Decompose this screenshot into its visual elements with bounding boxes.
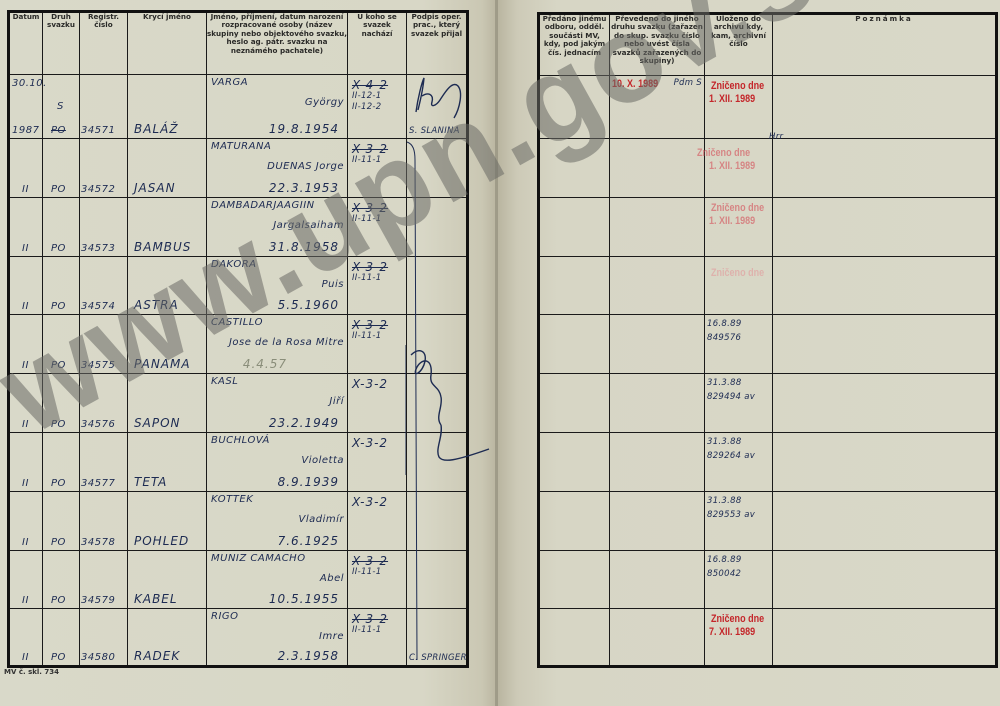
person-given-name: Imre bbox=[319, 631, 344, 642]
cell-converted: 10. X. 1989 Pdm S bbox=[610, 76, 705, 139]
cell-date: II bbox=[9, 433, 43, 492]
cell-reg-number: 34579 bbox=[80, 551, 128, 609]
cell-reg-number: 34580 bbox=[80, 609, 128, 667]
cell-reg-number: 34571 bbox=[80, 75, 128, 139]
person-birth-date: 8.9.1939 bbox=[278, 475, 339, 489]
destroyed-stamp-date: 1. XII. 1989 bbox=[709, 160, 755, 172]
person-birth-date: 23.2.1949 bbox=[269, 416, 339, 430]
cell-converted bbox=[610, 198, 705, 257]
cell-archived: Zničeno dne1. XII. 1989 bbox=[705, 76, 773, 139]
signature-name: S. SLANINA bbox=[409, 126, 460, 136]
cell-cover-name: JASAN bbox=[128, 139, 207, 198]
ledger-row: Zničeno dne bbox=[539, 257, 997, 315]
cell-note bbox=[773, 257, 997, 315]
reg-number: 34580 bbox=[81, 652, 115, 663]
cell-reg-number: 34575 bbox=[80, 315, 128, 374]
cell-cover-name: TETA bbox=[128, 433, 207, 492]
cover-name: SAPON bbox=[134, 416, 180, 430]
signature-name: C. SPRINGER bbox=[409, 653, 467, 663]
ledger-row: II PO 34575 PANAMA CASTILLO Jose de la R… bbox=[9, 315, 468, 374]
cell-date: II bbox=[9, 492, 43, 551]
reg-number: 34574 bbox=[81, 301, 115, 312]
cell-person: KOTTEK Vladimír 7.6.1925 bbox=[207, 492, 348, 551]
archive-date: 16.8.89 bbox=[707, 555, 742, 565]
col-header-date: Datum bbox=[9, 12, 43, 75]
cell-date: II bbox=[9, 374, 43, 433]
reg-number: 34579 bbox=[81, 595, 115, 606]
location-code: II-12-2 bbox=[352, 102, 381, 112]
cell-archived: Zničeno dne bbox=[705, 257, 773, 315]
cell-file-type: PO bbox=[43, 609, 80, 667]
person-given-name: Jargalsaiham bbox=[273, 220, 344, 231]
cell-file-type: PO bbox=[43, 198, 80, 257]
person-given-name: Puis bbox=[322, 279, 344, 290]
file-type: PO bbox=[51, 595, 66, 606]
location-code: X-3-2 bbox=[352, 377, 388, 391]
ledger-row: 30.10. 1987 S PO 34571 BALÁŽ VARGA Györg… bbox=[9, 75, 468, 139]
cell-date: 30.10. 1987 bbox=[9, 75, 43, 139]
cell-handed-over bbox=[539, 551, 610, 609]
ledger-row: II PO 34579 KABEL MUNIZ CAMACHO Abel 10.… bbox=[9, 551, 468, 609]
cell-note bbox=[773, 315, 997, 374]
person-surname: VARGA bbox=[211, 77, 248, 88]
cell-archived: 16.8.89 849576 bbox=[705, 315, 773, 374]
cell-file-type: PO bbox=[43, 139, 80, 198]
cell-handed-over bbox=[539, 257, 610, 315]
col-header-archived: Uloženo do archivu kdy, kam, archivní čí… bbox=[705, 14, 773, 76]
ledger-row: 31.3.88 829264 av bbox=[539, 433, 997, 492]
cell-handed-over bbox=[539, 609, 610, 667]
cell-archived: 31.3.88 829494 av bbox=[705, 374, 773, 433]
person-given-name: Jose de la Rosa Mitre bbox=[229, 337, 344, 348]
cover-name: ASTRA bbox=[134, 298, 179, 312]
cell-converted bbox=[610, 609, 705, 667]
cell-note bbox=[773, 198, 997, 257]
ledger-row: II PO 34572 JASAN MATURANA DUENAS Jorge … bbox=[9, 139, 468, 198]
cell-archived: 31.3.88 829553 av bbox=[705, 492, 773, 551]
archive-number: 850042 bbox=[707, 569, 741, 579]
person-birth-date: 4.4.57 bbox=[243, 357, 287, 371]
date-year: II bbox=[22, 537, 29, 548]
cell-converted bbox=[610, 257, 705, 315]
cell-location: X-3-2II-11-1 bbox=[348, 551, 407, 609]
destroyed-stamp-date: 7. XII. 1989 bbox=[709, 626, 755, 638]
cell-date: II bbox=[9, 257, 43, 315]
col-header-note: Poznámka bbox=[773, 14, 997, 76]
cell-person: MATURANA DUENAS Jorge 22.3.1953 bbox=[207, 139, 348, 198]
location-code: II-11-1 bbox=[352, 625, 381, 635]
ledger-row: II PO 34574 ASTRA DAKORA Puis 5.5.1960 X… bbox=[9, 257, 468, 315]
archive-number: 829494 av bbox=[707, 392, 755, 402]
cover-name: BAMBUS bbox=[134, 240, 191, 254]
cell-signature: C. SPRINGER bbox=[407, 609, 468, 667]
date-year: II bbox=[22, 301, 29, 312]
cell-file-type: PO bbox=[43, 551, 80, 609]
ledger-row: 16.8.89 850042 bbox=[539, 551, 997, 609]
destroyed-stamp: Zničeno dne bbox=[711, 202, 764, 214]
col-header-cover-name: Krycí jméno bbox=[128, 12, 207, 75]
cell-cover-name: KABEL bbox=[128, 551, 207, 609]
cell-date: II bbox=[9, 609, 43, 667]
cell-file-type: S PO bbox=[43, 75, 80, 139]
destroyed-stamp-date: 1. XII. 1989 bbox=[709, 215, 755, 227]
col-header-reg-number: Registr. číslo bbox=[80, 12, 128, 75]
cell-cover-name: ASTRA bbox=[128, 257, 207, 315]
destroyed-stamp: Zničeno dne bbox=[711, 80, 764, 92]
person-given-name: György bbox=[305, 97, 344, 108]
cell-reg-number: 34572 bbox=[80, 139, 128, 198]
cell-reg-number: 34576 bbox=[80, 374, 128, 433]
cell-signature bbox=[407, 315, 468, 374]
ledger-row: Zničeno dne7. XII. 1989 bbox=[539, 609, 997, 667]
cell-cover-name: BAMBUS bbox=[128, 198, 207, 257]
cell-date: II bbox=[9, 315, 43, 374]
ledger-row: 16.8.89 849576 bbox=[539, 315, 997, 374]
cell-file-type: PO bbox=[43, 433, 80, 492]
cell-note bbox=[773, 139, 997, 198]
form-code: MV č. skl. 734 bbox=[4, 668, 59, 676]
cell-location: X-3-2 bbox=[348, 374, 407, 433]
cell-reg-number: 34574 bbox=[80, 257, 128, 315]
cell-cover-name: RADEK bbox=[128, 609, 207, 667]
file-type: PO bbox=[51, 478, 66, 489]
file-type: PO bbox=[51, 125, 66, 136]
location-code: X-3-2 bbox=[352, 201, 388, 215]
ledger-row: 31.3.88 829553 av bbox=[539, 492, 997, 551]
ledger-row: Zničeno dne1. XII. 1989 bbox=[539, 198, 997, 257]
cell-person: VARGA György 19.8.1954 bbox=[207, 75, 348, 139]
file-type: PO bbox=[51, 360, 66, 371]
cell-person: MUNIZ CAMACHO Abel 10.5.1955 bbox=[207, 551, 348, 609]
cover-name: KABEL bbox=[134, 592, 178, 606]
cell-signature bbox=[407, 374, 468, 433]
location-code: X-4-2 bbox=[352, 78, 388, 92]
cell-cover-name: SAPON bbox=[128, 374, 207, 433]
cell-location: X-3-2II-11-1 bbox=[348, 315, 407, 374]
location-code: II-11-1 bbox=[352, 273, 381, 283]
cell-signature: S. SLANINA bbox=[407, 75, 468, 139]
cell-signature bbox=[407, 433, 468, 492]
file-type: PO bbox=[51, 301, 66, 312]
archive-number: 849576 bbox=[707, 333, 741, 343]
cell-signature bbox=[407, 198, 468, 257]
cell-converted bbox=[610, 551, 705, 609]
cell-reg-number: 34577 bbox=[80, 433, 128, 492]
person-surname: RIGO bbox=[211, 611, 239, 622]
cell-location: X-3-2II-11-1 bbox=[348, 139, 407, 198]
cell-note bbox=[773, 433, 997, 492]
ledger-row: II PO 34578 POHLED KOTTEK Vladimír 7.6.1… bbox=[9, 492, 468, 551]
cell-note: Hrr bbox=[773, 76, 997, 139]
reg-number: 34578 bbox=[81, 537, 115, 548]
cell-handed-over bbox=[539, 315, 610, 374]
destroyed-stamp: Zničeno dne bbox=[711, 613, 764, 625]
person-surname: BUCHLOVÁ bbox=[211, 435, 270, 446]
person-surname: MATURANA bbox=[211, 141, 271, 152]
cell-converted bbox=[610, 374, 705, 433]
cell-archived: Zničeno dne7. XII. 1989 bbox=[705, 609, 773, 667]
location-code: X-3-2 bbox=[352, 142, 388, 156]
book-gutter bbox=[495, 0, 498, 706]
cover-name: TETA bbox=[134, 475, 167, 489]
cell-archived: Zničeno dne1. XII. 1989 bbox=[705, 139, 773, 198]
location-code: II-11-1 bbox=[352, 155, 381, 165]
date-year: II bbox=[22, 652, 29, 663]
person-surname: DAKORA bbox=[211, 259, 257, 270]
cell-person: RIGO Imre 2.3.1958 bbox=[207, 609, 348, 667]
destroyed-stamp: Zničeno dne bbox=[711, 267, 764, 279]
file-type: PO bbox=[51, 184, 66, 195]
person-surname: KOTTEK bbox=[211, 494, 253, 505]
cell-file-type: PO bbox=[43, 257, 80, 315]
person-birth-date: 19.8.1954 bbox=[269, 122, 339, 136]
archive-date: 16.8.89 bbox=[707, 319, 742, 329]
person-birth-date: 31.8.1958 bbox=[269, 240, 339, 254]
person-given-name: Vladimír bbox=[298, 514, 344, 525]
person-birth-date: 22.3.1953 bbox=[269, 181, 339, 195]
file-type: PO bbox=[51, 652, 66, 663]
location-code: II-12-1 bbox=[352, 91, 381, 101]
ledger-row: Zničeno dne1. XII. 1989 bbox=[539, 139, 997, 198]
ledger-row: 31.3.88 829494 av bbox=[539, 374, 997, 433]
cover-name: RADEK bbox=[134, 649, 180, 663]
date-year: 1987 bbox=[12, 125, 39, 136]
person-birth-date: 10.5.1955 bbox=[269, 592, 339, 606]
reg-number: 34575 bbox=[81, 360, 115, 371]
col-header-person: Jméno, příjmení, datum narození rozpraco… bbox=[207, 12, 348, 75]
person-given-name: Violetta bbox=[301, 455, 344, 466]
cover-name: JASAN bbox=[134, 181, 176, 195]
cell-note bbox=[773, 492, 997, 551]
location-code: X-3-2 bbox=[352, 554, 388, 568]
ledger-row: 10. X. 1989 Pdm S Zničeno dne1. XII. 198… bbox=[539, 76, 997, 139]
date-year: II bbox=[22, 243, 29, 254]
cell-converted bbox=[610, 139, 705, 198]
cell-archived: 31.3.88 829264 av bbox=[705, 433, 773, 492]
person-birth-date: 5.5.1960 bbox=[278, 298, 339, 312]
cell-cover-name: POHLED bbox=[128, 492, 207, 551]
location-code: X-3-2 bbox=[352, 495, 388, 509]
right-ledger-table: Předáno jinému odboru, odděl. součásti M… bbox=[537, 12, 998, 668]
destroyed-stamp: Zničeno dne bbox=[697, 147, 750, 159]
cell-archived: Zničeno dne1. XII. 1989 bbox=[705, 198, 773, 257]
cell-signature bbox=[407, 551, 468, 609]
col-header-signature: Podpis oper. prac., který svazek přijal bbox=[407, 12, 468, 75]
person-given-name: Abel bbox=[320, 573, 344, 584]
file-type: PO bbox=[51, 243, 66, 254]
cell-signature bbox=[407, 492, 468, 551]
location-code: X-3-2 bbox=[352, 260, 388, 274]
cell-handed-over bbox=[539, 76, 610, 139]
cover-name: PANAMA bbox=[134, 357, 191, 371]
archive-date: 31.3.88 bbox=[707, 496, 742, 506]
cell-handed-over bbox=[539, 433, 610, 492]
reg-number: 34577 bbox=[81, 478, 115, 489]
reg-number: 34576 bbox=[81, 419, 115, 430]
cell-location: X-3-2II-11-1 bbox=[348, 609, 407, 667]
ledger-row: II PO 34580 RADEK RIGO Imre 2.3.1958 X-3… bbox=[9, 609, 468, 667]
col-header-handed-over: Předáno jinému odboru, odděl. součásti M… bbox=[539, 14, 610, 76]
col-header-converted: Převedeno do jiného druhu svazku (zařaze… bbox=[610, 14, 705, 76]
location-code: II-11-1 bbox=[352, 567, 381, 577]
cell-reg-number: 34573 bbox=[80, 198, 128, 257]
transfer-initials: Pdm S bbox=[674, 78, 702, 88]
person-given-name: Jiří bbox=[329, 396, 344, 407]
cell-signature bbox=[407, 139, 468, 198]
cell-file-type: PO bbox=[43, 492, 80, 551]
file-type: PO bbox=[51, 419, 66, 430]
person-given-name: DUENAS Jorge bbox=[267, 161, 344, 172]
cell-reg-number: 34578 bbox=[80, 492, 128, 551]
person-surname: DAMBADARJAAGIIN bbox=[211, 200, 315, 211]
cell-converted bbox=[610, 433, 705, 492]
location-code: X-3-2 bbox=[352, 612, 388, 626]
archive-date: 31.3.88 bbox=[707, 437, 742, 447]
cell-note bbox=[773, 551, 997, 609]
archive-number: 829553 av bbox=[707, 510, 755, 520]
cell-cover-name: BALÁŽ bbox=[128, 75, 207, 139]
cell-date: II bbox=[9, 198, 43, 257]
cell-location: X-3-2 bbox=[348, 492, 407, 551]
ledger-row: II PO 34573 BAMBUS DAMBADARJAAGIIN Jarga… bbox=[9, 198, 468, 257]
reg-number: 34572 bbox=[81, 184, 115, 195]
cell-location: X-3-2II-11-1 bbox=[348, 198, 407, 257]
file-type-prefix: S bbox=[57, 101, 64, 112]
reg-number: 34571 bbox=[81, 125, 115, 136]
archive-date: 31.3.88 bbox=[707, 378, 742, 388]
reg-number: 34573 bbox=[81, 243, 115, 254]
location-code: II-11-1 bbox=[352, 214, 381, 224]
cell-date: II bbox=[9, 551, 43, 609]
cell-file-type: PO bbox=[43, 315, 80, 374]
cell-location: X-4-2II-12-1II-12-2 bbox=[348, 75, 407, 139]
cell-handed-over bbox=[539, 139, 610, 198]
cell-converted bbox=[610, 315, 705, 374]
person-birth-date: 2.3.1958 bbox=[278, 649, 339, 663]
cell-handed-over bbox=[539, 492, 610, 551]
person-surname: KASL bbox=[211, 376, 238, 387]
cell-cover-name: PANAMA bbox=[128, 315, 207, 374]
transfer-date-stamp: 10. X. 1989 bbox=[612, 78, 658, 90]
date-year: II bbox=[22, 478, 29, 489]
location-code: X-3-2 bbox=[352, 318, 388, 332]
date-year: II bbox=[22, 595, 29, 606]
cell-signature bbox=[407, 257, 468, 315]
cell-date: II bbox=[9, 139, 43, 198]
cell-location: X-3-2II-11-1 bbox=[348, 257, 407, 315]
cell-person: CASTILLO Jose de la Rosa Mitre 4.4.57 bbox=[207, 315, 348, 374]
cell-note bbox=[773, 609, 997, 667]
left-ledger-table: Datum Druh svazku Registr. číslo Krycí j… bbox=[7, 10, 469, 668]
file-type: PO bbox=[51, 537, 66, 548]
ledger-row: II PO 34576 SAPON KASL Jiří 23.2.1949 X-… bbox=[9, 374, 468, 433]
col-header-location: U koho se svazek nachází bbox=[348, 12, 407, 75]
cell-handed-over bbox=[539, 198, 610, 257]
ledger-row: II PO 34577 TETA BUCHLOVÁ Violetta 8.9.1… bbox=[9, 433, 468, 492]
cell-file-type: PO bbox=[43, 374, 80, 433]
person-surname: CASTILLO bbox=[211, 317, 263, 328]
cover-name: POHLED bbox=[134, 534, 189, 548]
cell-archived: 16.8.89 850042 bbox=[705, 551, 773, 609]
col-header-file-type: Druh svazku bbox=[43, 12, 80, 75]
cell-converted bbox=[610, 492, 705, 551]
person-surname: MUNIZ CAMACHO bbox=[211, 553, 306, 564]
cell-person: BUCHLOVÁ Violetta 8.9.1939 bbox=[207, 433, 348, 492]
destroyed-stamp-date: 1. XII. 1989 bbox=[709, 93, 755, 105]
cell-person: DAKORA Puis 5.5.1960 bbox=[207, 257, 348, 315]
cover-name: BALÁŽ bbox=[134, 122, 179, 136]
cell-person: KASL Jiří 23.2.1949 bbox=[207, 374, 348, 433]
date-year: II bbox=[22, 419, 29, 430]
cell-person: DAMBADARJAAGIIN Jargalsaiham 31.8.1958 bbox=[207, 198, 348, 257]
cell-note bbox=[773, 374, 997, 433]
left-header-row: Datum Druh svazku Registr. číslo Krycí j… bbox=[9, 12, 468, 75]
cell-location: X-3-2 bbox=[348, 433, 407, 492]
location-code: II-11-1 bbox=[352, 331, 381, 341]
right-header-row: Předáno jinému odboru, odděl. součásti M… bbox=[539, 14, 997, 76]
cell-handed-over bbox=[539, 374, 610, 433]
date-year: II bbox=[22, 360, 29, 371]
person-birth-date: 7.6.1925 bbox=[278, 534, 339, 548]
date-year: II bbox=[22, 184, 29, 195]
location-code: X-3-2 bbox=[352, 436, 388, 450]
archive-number: 829264 av bbox=[707, 451, 755, 461]
